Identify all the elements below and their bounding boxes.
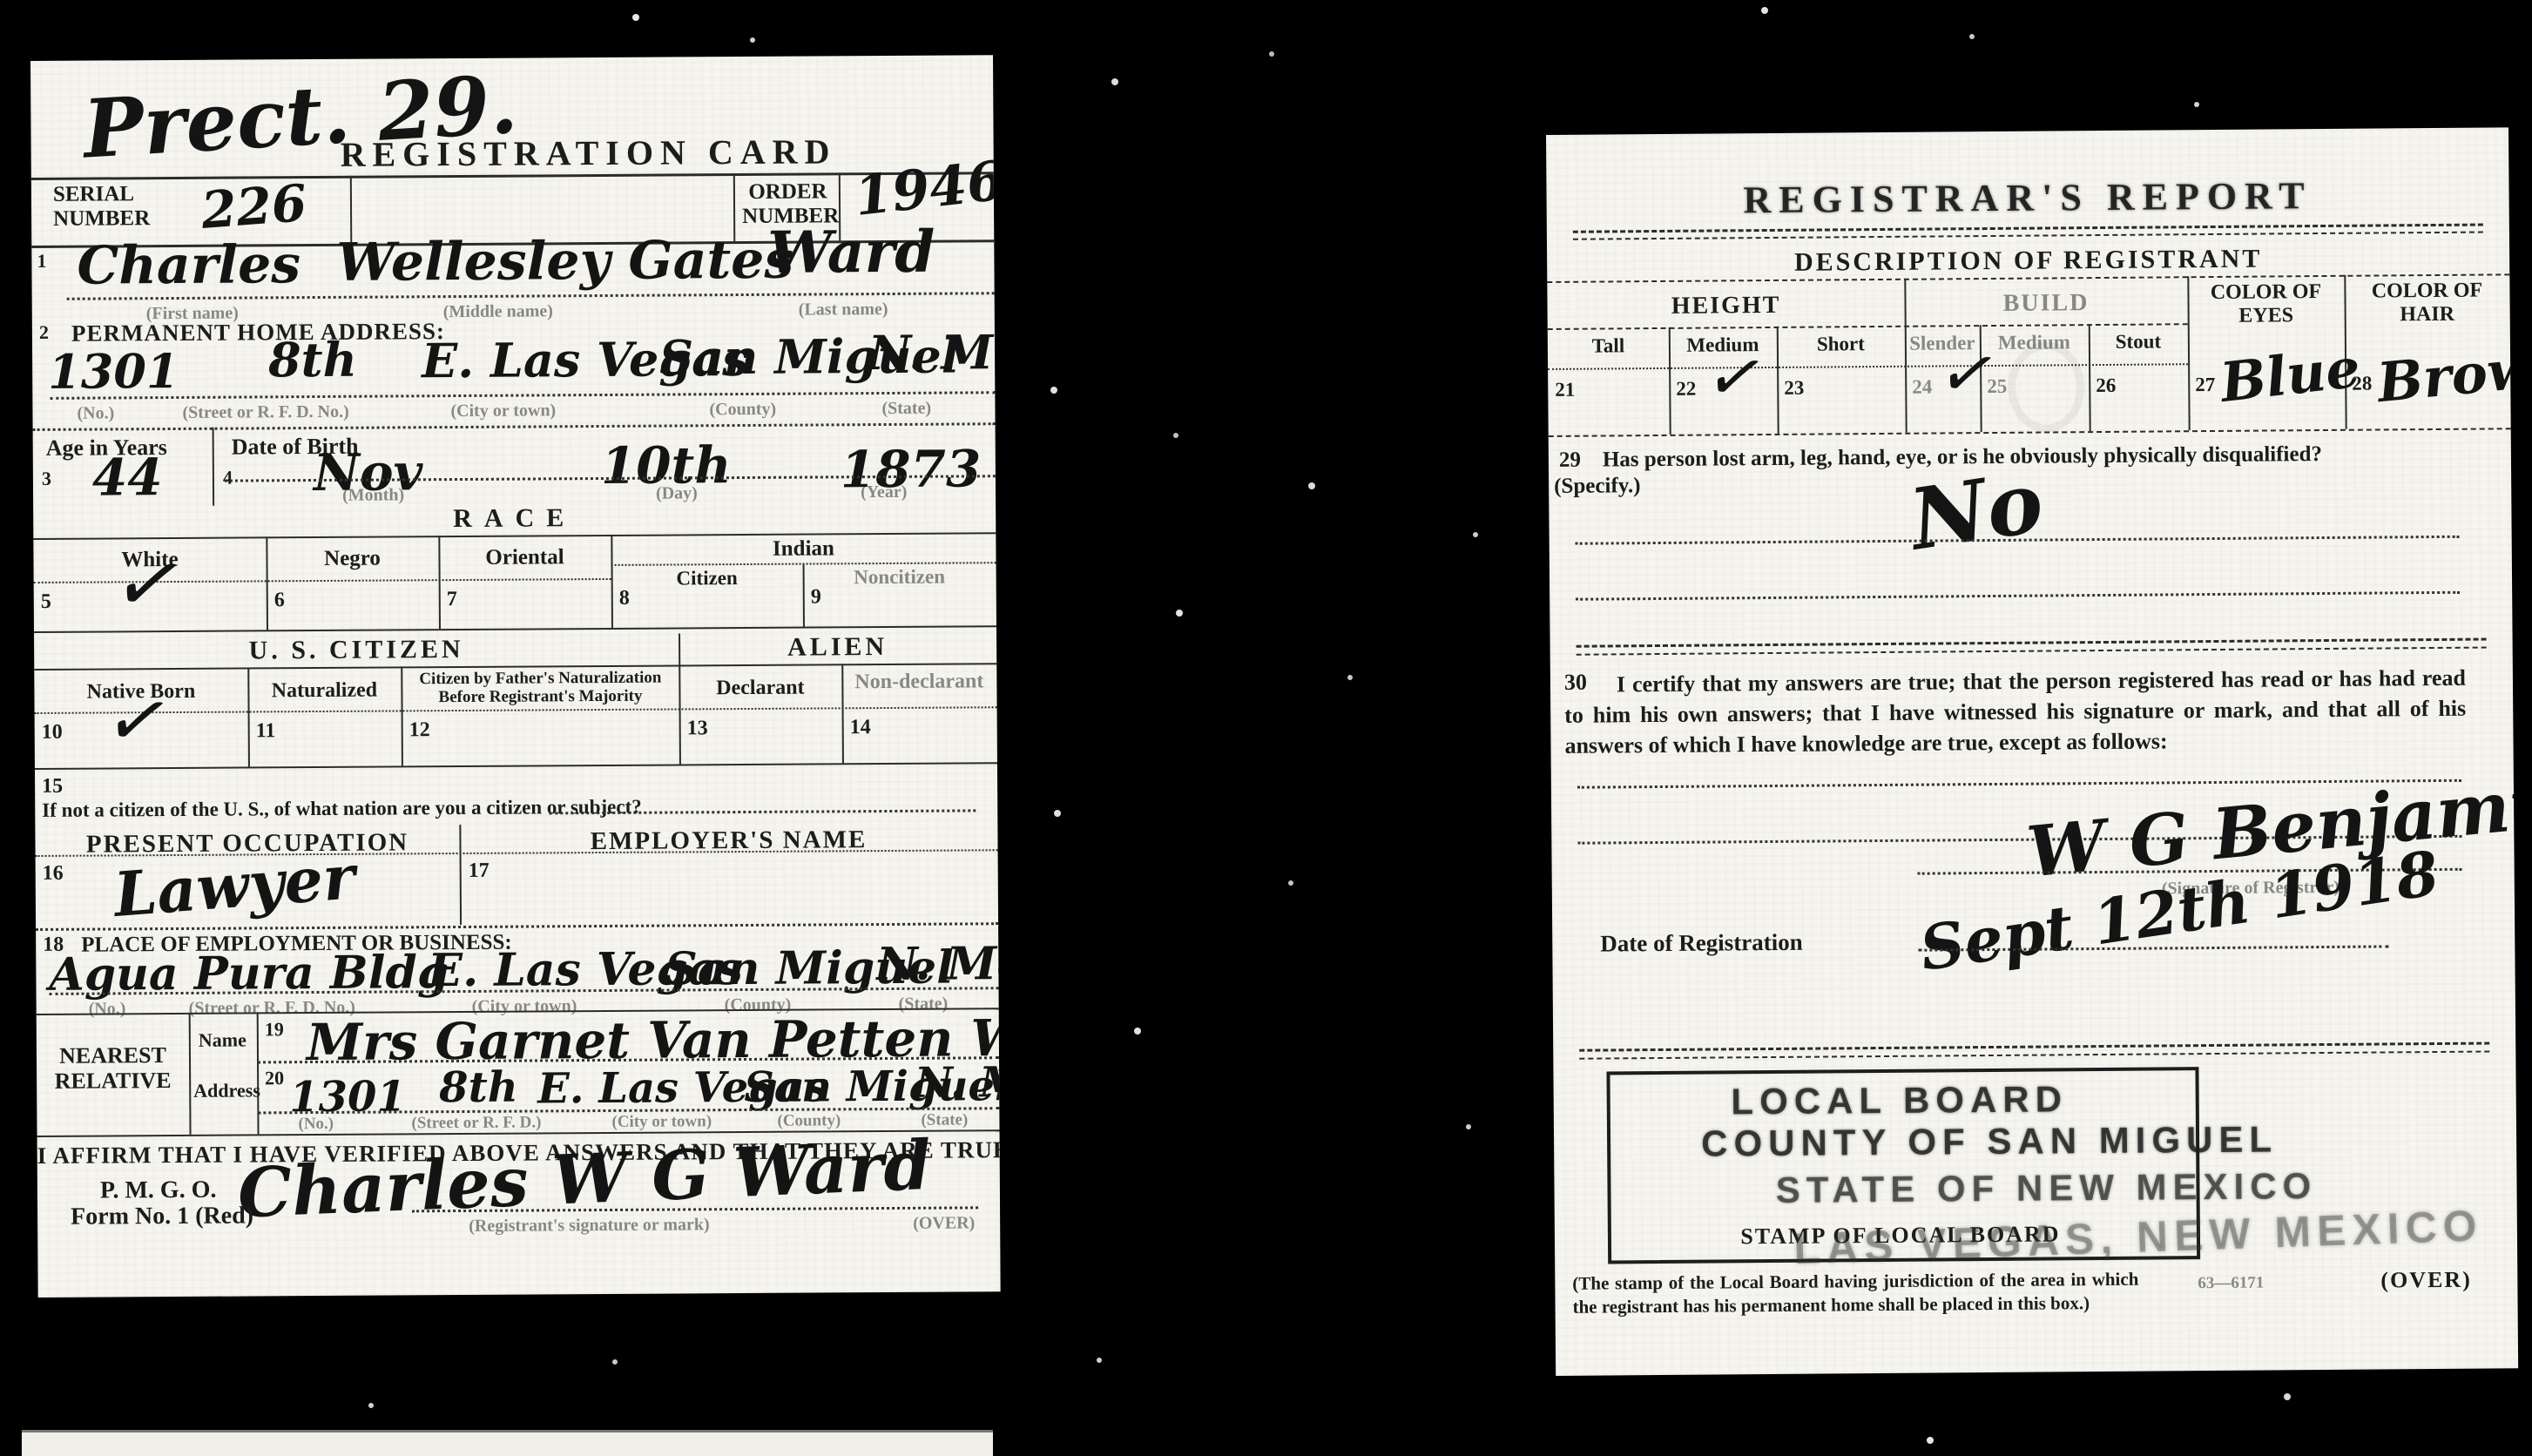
stout-number: 26 — [2096, 374, 2116, 397]
race-oriental-label: Oriental — [438, 545, 611, 570]
middle-name-handwriting: Wellesley Gates — [336, 234, 793, 289]
stamp-line1: LOCAL BOARD — [1607, 1077, 2192, 1123]
address-no-handwriting: 1301 — [48, 347, 179, 395]
tall-label: Tall — [1548, 334, 1669, 358]
race-negro-label: Negro — [266, 546, 438, 571]
home-address-label: PERMANENT HOME ADDRESS: — [71, 318, 445, 347]
pmgo-label: P. M. G. O. — [100, 1176, 217, 1204]
race-white-number: 5 — [41, 590, 51, 614]
race-oriental-number: 7 — [447, 588, 457, 611]
slender-number: 24 — [1912, 376, 1932, 399]
non-declarant-number: 14 — [850, 716, 871, 739]
race-header: RACE — [33, 501, 996, 536]
serial-number-value: 226 — [199, 178, 308, 236]
build-medium-number: 25 — [1987, 375, 2007, 398]
rule — [1579, 1051, 2489, 1060]
q29-answer-handwriting: No — [1905, 461, 2048, 563]
dust-specks — [0, 0, 3, 3]
race-indian-noncitizen-label: Noncitizen — [803, 565, 996, 589]
employer-number: 17 — [469, 859, 490, 883]
line1-number: 1 — [37, 251, 46, 273]
cell-divider — [189, 1013, 192, 1135]
employment-no-label: (No.) — [89, 999, 126, 1019]
description-subtitle: DESCRIPTION OF REGISTRANT — [1547, 242, 2509, 279]
rule — [1577, 647, 2487, 656]
age-value-handwriting: 44 — [92, 452, 163, 502]
report-title: REGISTRAR'S REPORT — [1546, 172, 2508, 223]
birth-month-label: (Month) — [342, 485, 404, 505]
race-noncitizen-number: 9 — [811, 585, 821, 609]
hair-header: COLOR OF HAIR — [2344, 279, 2509, 327]
race-indian-citizen-label: Citizen — [611, 567, 803, 590]
native-born-number: 10 — [42, 721, 63, 745]
line2-number: 2 — [39, 322, 49, 344]
middle-name-label: (Middle name) — [443, 301, 553, 321]
address-street-handwriting: 8th — [268, 336, 357, 384]
cell-divider — [257, 1012, 260, 1134]
ghost-seal-icon — [2008, 341, 2085, 433]
address-state-handwriting: N. Mex — [868, 328, 1001, 376]
employment-state-handwriting: N. Mex — [876, 941, 1000, 988]
relative-name-label: Name — [199, 1030, 246, 1052]
rule — [35, 706, 997, 714]
alien-header: ALIEN — [679, 631, 996, 663]
naturalized-label: Naturalized — [247, 678, 401, 703]
registration-date-label: Date of Registration — [1600, 929, 1803, 957]
relative-street-label: (Street or R. F. D.) — [411, 1113, 541, 1132]
race-citizen-number: 8 — [619, 587, 630, 610]
age-number: 3 — [42, 468, 51, 490]
first-name-handwriting: Charles — [77, 239, 300, 293]
rule — [1577, 638, 2487, 648]
hair-number: 28 — [2352, 373, 2372, 395]
eyes-header: COLOR OF EYES — [2187, 280, 2344, 328]
serial-number-label: SERIAL NUMBER — [53, 182, 184, 232]
tall-number: 21 — [1555, 379, 1575, 401]
address-street-label: (Street or R. F. D. No.) — [182, 402, 348, 423]
non-declarant-label: Non-declarant — [841, 670, 996, 694]
next-card-edge — [22, 1430, 993, 1456]
form-code: 63—6171 — [2198, 1274, 2264, 1293]
height-medium-number: 22 — [1676, 378, 1696, 401]
scanned-document-page: Prect. 29. REGISTRATION CARD SERIAL NUMB… — [0, 0, 2532, 1456]
last-name-handwriting: Ward — [767, 223, 935, 281]
q30-certification-text: I certify that my answers are true; that… — [1564, 663, 2467, 761]
rule — [1548, 363, 2188, 370]
over-label-right: (OVER) — [2380, 1267, 2472, 1293]
line15-question: If not a citizen of the U. S., of what n… — [42, 796, 642, 822]
rule — [1579, 1042, 2489, 1052]
last-name-label: (Last name) — [799, 300, 888, 320]
build-header: BUILD — [1904, 288, 2187, 318]
birth-number: 4 — [223, 468, 233, 489]
relative-city-label: (City or town) — [611, 1112, 712, 1131]
short-number: 23 — [1784, 377, 1804, 400]
relative-address-number: 20 — [265, 1068, 284, 1089]
relative-address-state-handwriting: N. Mex — [915, 1062, 1001, 1104]
stout-label: Stout — [2089, 330, 2188, 354]
registration-card: Prect. 29. REGISTRATION CARD SERIAL NUMB… — [30, 55, 1001, 1298]
eyes-number: 27 — [2195, 374, 2215, 396]
rule — [35, 762, 997, 770]
address-state-label: (State) — [881, 399, 931, 419]
cell-divider — [401, 666, 403, 765]
height-header: HEIGHT — [1547, 291, 1904, 321]
occupation-handwriting: Lawyer — [112, 846, 357, 926]
short-label: Short — [1777, 333, 1905, 356]
cell-divider — [213, 428, 215, 506]
birth-year-label: (Year) — [861, 482, 907, 502]
declarant-number: 13 — [687, 717, 708, 740]
stamp-note: (The stamp of the Local Board having jur… — [1572, 1268, 2138, 1320]
q29-specify-label: (Specify.) — [1554, 474, 1641, 499]
stamp-line2: COUNTY OF SAN MIGUEL — [1624, 1118, 2355, 1166]
race-indian-label: Indian — [611, 536, 996, 563]
relative-address-street-handwriting: 8th — [439, 1067, 518, 1109]
q29-number: 29 — [1559, 448, 1581, 473]
naturalized-number: 11 — [256, 719, 276, 743]
address-no-label: (No.) — [77, 403, 114, 423]
relative-no-label: (No.) — [298, 1115, 334, 1134]
order-number-value: 1946 — [852, 153, 1001, 224]
registrars-report-card: REGISTRAR'S REPORT DESCRIPTION OF REGIST… — [1546, 127, 2518, 1376]
address-county-label: (County) — [709, 400, 776, 420]
hair-color-handwriting: Brown — [2375, 338, 2518, 410]
nearest-relative-header: NEAREST RELATIVE — [41, 1042, 185, 1094]
relative-county-label: (County) — [777, 1111, 841, 1130]
race-negro-number: 6 — [274, 589, 285, 612]
form-number-label: Form No. 1 (Red) — [71, 1202, 253, 1230]
registrant-signature-label: (Registrant's signature or mark) — [469, 1215, 710, 1236]
address-city-label: (City or town) — [450, 401, 556, 421]
card-title: REGISTRATION CARD — [341, 132, 837, 174]
rule — [33, 422, 996, 431]
citizen-by-father-number: 12 — [409, 718, 430, 742]
relative-name-number: 19 — [265, 1019, 284, 1041]
rule — [1548, 323, 2188, 330]
line15-number: 15 — [42, 775, 63, 799]
rule — [50, 391, 995, 400]
citizen-by-father-label: Citizen by Father's Naturalization Befor… — [409, 669, 671, 707]
over-label-left: (OVER) — [913, 1213, 975, 1233]
rule — [1549, 428, 2511, 437]
us-citizen-header: U. S. CITIZEN — [34, 633, 679, 666]
rule — [1573, 232, 2483, 240]
declarant-label: Declarant — [679, 676, 841, 700]
eye-color-handwriting: Blue — [2218, 340, 2362, 410]
rule — [1576, 591, 2460, 601]
occupation-number: 16 — [43, 862, 64, 886]
birth-day-label: (Day) — [656, 483, 698, 503]
relative-address-label: Address — [193, 1080, 260, 1102]
